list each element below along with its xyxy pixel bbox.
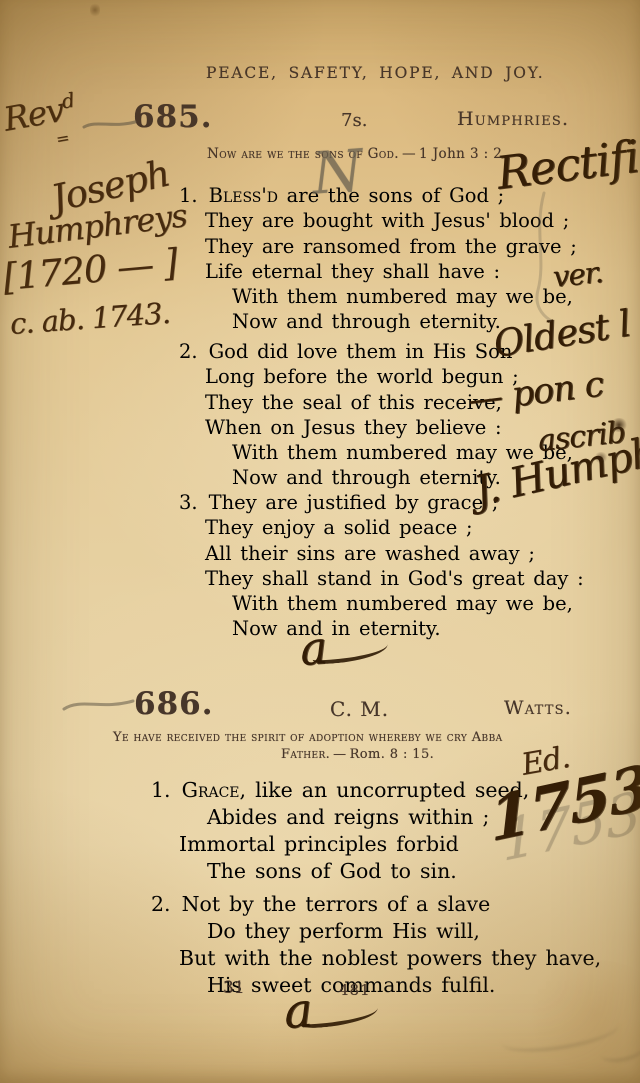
hymn-685-verse-3: 3.They are justified by grace ; They enj… [179,490,584,642]
scripture-reference: — Rom. 8 : 15. [330,747,434,762]
signature-mark: 31 [223,978,245,998]
verse-line: When on Jesus they believe : [179,415,573,440]
verse-line: His sweet commands fulfil. [151,972,601,999]
verse-line: Immortal principles forbid [151,831,529,858]
paper-speck [90,2,100,18]
pencil-stroke-right-margin [516,190,566,325]
hymnal-scanned-page: PEACE, SAFETY, HOPE, AND JOY. 685. 7s. H… [0,0,640,1083]
verse-line-text: are the sons of God ; [278,184,504,207]
page-number: 481 [339,981,371,999]
hymn-686-author: Watts. [504,697,572,719]
hymn-686-meter: C. M. [330,697,389,721]
verse-lead-word: Bless'd [209,184,278,207]
pencil-dash-before-685 [82,116,138,132]
verse-number: 1. [151,778,171,802]
verse-line: Abides and reigns within ; [151,804,529,831]
verse-line: But with the noblest powers they have, [151,945,601,972]
annotation-rev-underline-dots: = [54,128,70,149]
pencil-dash-before-686 [62,694,136,714]
verse-line-text: God did love them in His Son [209,340,513,363]
hymn-686-number: 686. [134,686,214,722]
hymn-686-verse-1: 1.Grace, like an uncorrupted seed, Abide… [151,777,529,885]
hymn-686-verse-2: 2.Not by the terrors of a slave Do they … [151,891,601,999]
running-header: PEACE, SAFETY, HOPE, AND JOY. [206,64,545,82]
verse-line: Now and in eternity. [179,616,584,641]
annotation-circa: c. ab. 1743. [9,296,171,341]
verse-number: 2. [179,340,198,363]
verse-line-text: They are justified by grace ; [209,491,499,514]
verse-line: All their sins are washed away ; [179,541,584,566]
bleed-through-ghost-text-2 [598,1036,640,1066]
pencil-letter-n: N [310,136,365,207]
verse-number: 3. [179,491,198,514]
verse-line: The sons of God to sin. [151,858,529,885]
verse-line-text: like an uncorrupted seed, [246,778,529,802]
hymn-686-scripture-line1: Ye have received the spirit of adoption … [113,730,502,745]
verse-line-text: Not by the terrors of a slave [182,892,491,916]
verse-line: They enjoy a solid peace ; [179,515,584,540]
verse-line: They shall stand in God's great day : [179,566,584,591]
verse-line: Do they perform His will, [151,918,601,945]
hymn-685-meter: 7s. [341,110,367,131]
hymn-685-number: 685. [133,99,213,135]
verse-line: 1.Grace, like an uncorrupted seed, [151,777,529,804]
hymn-685-author: Humphries. [457,108,569,130]
scripture-reference: — 1 John 3 : 2. [399,146,507,162]
scripture-text: Now are we the sons of God. [207,146,399,162]
verse-line: With them numbered may we be, [179,591,584,616]
scripture-text: Father. [281,747,330,762]
verse-line: 2.Not by the terrors of a slave [151,891,601,918]
hymn-686-scripture-line2: Father. — Rom. 8 : 15. [281,747,434,762]
verse-lead-word: Grace, [182,778,246,802]
verse-number: 2. [151,892,171,916]
